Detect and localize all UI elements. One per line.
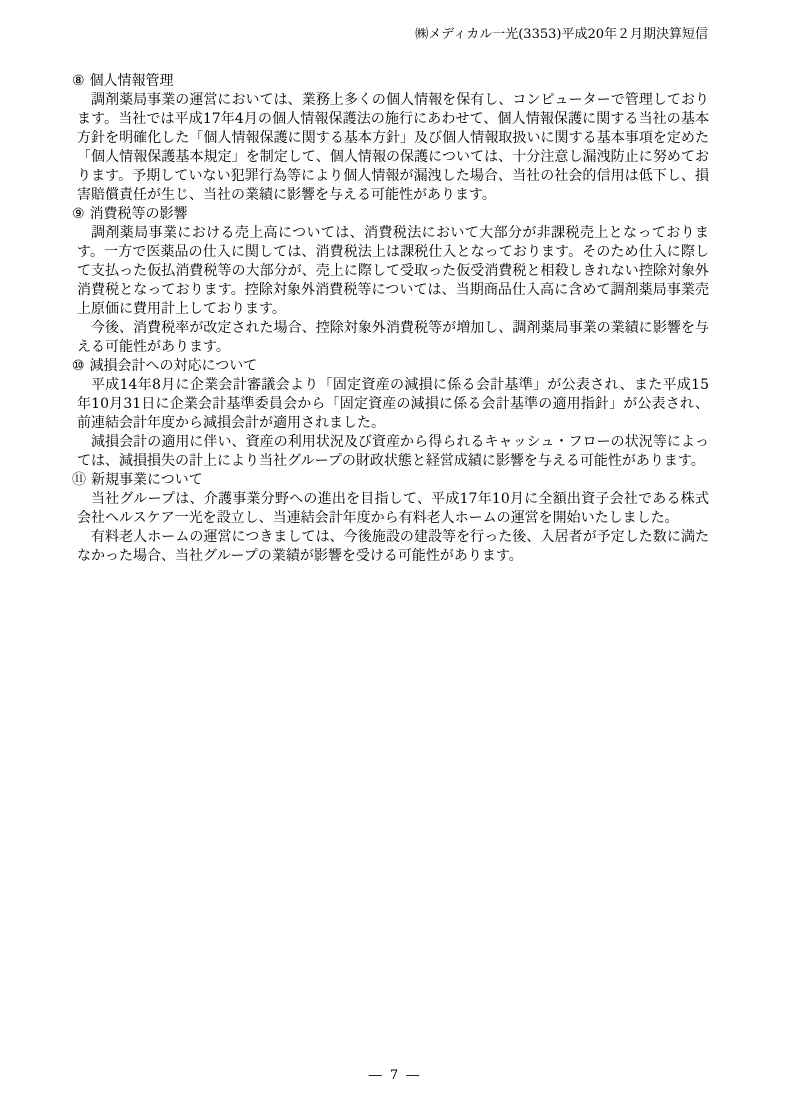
section-number: ⑪: [72, 471, 86, 490]
section-heading: ⑨消費税等の影響: [72, 205, 709, 224]
section-title: 減損会計への対応について: [90, 358, 258, 374]
section-consumption-tax: ⑨消費税等の影響 調剤薬局事業における売上高については、消費税法において大部分が…: [77, 205, 709, 357]
section-title: 個人情報管理: [90, 73, 174, 89]
paragraph: 今後、消費税率が改定された場合、控除対象外消費税等が増加し、調剤薬局事業の業績に…: [77, 319, 709, 357]
page-number: ― 7 ―: [0, 1068, 790, 1083]
section-title: 消費税等の影響: [90, 206, 188, 222]
document-page: ㈱メディカル一光(3353)平成20年２月期決算短信 ⑧個人情報管理 調剤薬局事…: [0, 0, 790, 1118]
section-heading: ⑪新規事業について: [72, 471, 709, 490]
paragraph: 調剤薬局事業における売上高については、消費税法において大部分が非課税売上となって…: [77, 224, 709, 319]
section-title: 新規事業について: [91, 472, 203, 488]
paragraph: 減損会計の適用に伴い、資産の利用状況及び資産から得られるキャッシュ・フローの状況…: [77, 433, 709, 471]
section-new-business: ⑪新規事業について 当社グループは、介護事業分野への進出を目指して、平成17年1…: [77, 471, 709, 566]
section-heading: ⑧個人情報管理: [72, 72, 709, 91]
paragraph: 有料老人ホームの運営につきましては、今後施設の建設等を行った後、入居者が予定した…: [77, 528, 709, 566]
section-number: ⑨: [72, 205, 85, 224]
paragraph: 平成14年8月に企業会計審議会より「固定資産の減損に係る会計基準」が公表され、ま…: [77, 376, 709, 433]
paragraph: 調剤薬局事業の運営においては、業務上多くの個人情報を保有し、コンピューターで管理…: [77, 91, 709, 205]
document-body: ⑧個人情報管理 調剤薬局事業の運営においては、業務上多くの個人情報を保有し、コン…: [77, 72, 709, 566]
section-number: ⑩: [72, 357, 85, 376]
section-heading: ⑩減損会計への対応について: [72, 357, 709, 376]
paragraph: 当社グループは、介護事業分野への進出を目指して、平成17年10月に全額出資子会社…: [77, 490, 709, 528]
section-personal-info: ⑧個人情報管理 調剤薬局事業の運営においては、業務上多くの個人情報を保有し、コン…: [77, 72, 709, 205]
document-header: ㈱メディカル一光(3353)平成20年２月期決算短信: [0, 27, 708, 43]
section-number: ⑧: [72, 72, 85, 91]
section-impairment-accounting: ⑩減損会計への対応について 平成14年8月に企業会計審議会より「固定資産の減損に…: [77, 357, 709, 471]
